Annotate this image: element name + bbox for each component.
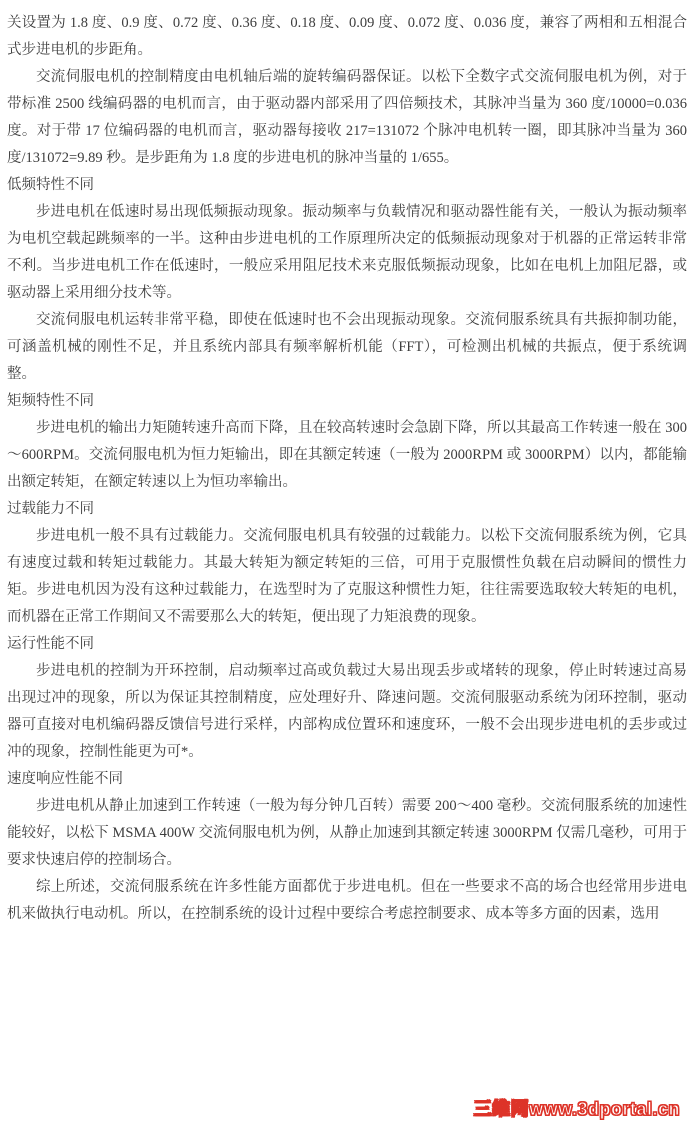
paragraph-overload-capacity: 步进电机一般不具有过载能力。交流伺服电机具有较强的过载能力。以松下交流伺服系统为… bbox=[7, 523, 687, 631]
heading-running-performance: 运行性能不同 bbox=[7, 631, 687, 658]
heading-torque-frequency: 矩频特性不同 bbox=[7, 388, 687, 415]
paragraph-acceleration: 步进电机从静止加速到工作转速（一般为每分钟几百转）需要 200～400 毫秒。交… bbox=[7, 793, 687, 874]
heading-overload: 过载能力不同 bbox=[7, 496, 687, 523]
paragraph-stepper-vibration: 步进电机在低速时易出现低频振动现象。振动频率与负载情况和驱动器性能有关，一般认为… bbox=[7, 199, 687, 307]
paragraph-open-loop-control: 步进电机的控制为开环控制，启动频率过高或负载过大易出现丢步或堵转的现象，停止时转… bbox=[7, 658, 687, 766]
paragraph-servo-smooth: 交流伺服电机运转非常平稳，即使在低速时也不会出现振动现象。交流伺服系统具有共振抑… bbox=[7, 307, 687, 388]
paragraph-step-angle: 关设置为 1.8 度、0.9 度、0.72 度、0.36 度、0.18 度、0.… bbox=[7, 10, 687, 64]
watermark-logo: 三维网www.3dportal.cn bbox=[474, 1095, 680, 1121]
paragraph-conclusion: 综上所述，交流伺服系统在许多性能方面都优于步进电机。但在一些要求不高的场合也经常… bbox=[7, 874, 687, 928]
document-body: 关设置为 1.8 度、0.9 度、0.72 度、0.36 度、0.18 度、0.… bbox=[0, 0, 696, 928]
heading-low-frequency: 低频特性不同 bbox=[7, 172, 687, 199]
paragraph-control-precision: 交流伺服电机的控制精度由电机轴后端的旋转编码器保证。以松下全数字式交流伺服电机为… bbox=[7, 64, 687, 172]
paragraph-torque-speed: 步进电机的输出力矩随转速升高而下降，且在较高转速时会急剧下降，所以其最高工作转速… bbox=[7, 415, 687, 496]
heading-speed-response: 速度响应性能不同 bbox=[7, 766, 687, 793]
